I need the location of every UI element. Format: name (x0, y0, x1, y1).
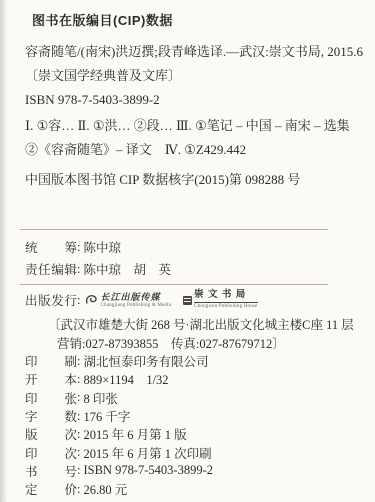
cip-isbn-line: ISBN 978-7-5403-3899-2 (25, 88, 360, 112)
copyright-page: 图书在版编目(CIP)数据 容斋随笔/(南宋)洪迈撰;段青峰选译.—武汉:崇文书… (0, 0, 375, 502)
edition-label: 版次 (25, 425, 77, 443)
wordcount-label: 字数 (25, 407, 77, 425)
impression-row: 印次:2015 年 6 月第 1 次印刷 (25, 443, 213, 461)
isbn-label: 书号 (25, 462, 77, 480)
divider-top (20, 229, 328, 230)
divider-bottom (20, 284, 328, 285)
printer-label: 印刷 (25, 352, 77, 370)
publisher-row: 出版发行: 长江出版传媒 Changjiang Publishing & Med… (25, 291, 258, 309)
cip-classification-line-1: Ⅰ. ①容… Ⅱ. ①洪… ②段… Ⅲ. ①笔记 – 中国 – 南宋 – 选集 (25, 114, 360, 138)
sheets-row: 印张:8 印张 (25, 389, 213, 407)
format-label: 开本 (25, 370, 77, 388)
wordcount-row: 字数:176 千字 (25, 407, 213, 425)
sheets-label: 印张 (25, 389, 77, 407)
responsible-editor-label: 责任编辑 (25, 260, 77, 278)
isbn-value: ISBN 978-7-5403-3899-2 (83, 463, 213, 478)
sheets-value: 8 印张 (83, 389, 117, 407)
publisher-address: 〔武汉市雄楚大街 268 号·湖北出版文化城主楼C座 11 层 (48, 315, 354, 333)
edition-row: 版次:2015 年 6 月第 1 版 (25, 425, 213, 443)
cip-block: 容斋随笔/(南宋)洪迈撰;段青峰选译.—武汉:崇文书局, 2015.6 〔崇文国… (25, 40, 360, 192)
responsible-editor-value: 陈中琼 胡 英 (83, 260, 171, 278)
price-row: 定价:26.80 元 (25, 480, 213, 498)
cip-registration-line: 中国版本图书馆 CIP 数据核字(2015)第 098288 号 (25, 168, 360, 192)
cip-classification-line-2: ②《容斋随笔》– 译文 Ⅳ. ①Z429.442 (25, 138, 360, 162)
chongwen-logo-text: 崇 文 书 局 (194, 291, 257, 303)
colon: : (77, 293, 83, 308)
printing-spec-block: 印刷:湖北恒泰印务有限公司 开本:889×1194 1/32 印张:8 印张 字… (25, 352, 213, 498)
changjiang-logo-text: 长江出版传媒 (100, 293, 171, 302)
edition-value: 2015 年 6 月第 1 版 (83, 425, 186, 443)
cip-bibliographic-line: 容斋随笔/(南宋)洪迈撰;段青峰选译.—武汉:崇文书局, 2015.6 (25, 40, 360, 64)
publisher-logos: 长江出版传媒 Changjiang Publishing & Media 崇 文… (85, 291, 257, 309)
chongwen-press-logo: 崇 文 书 局 Chongwen Publishing House (183, 291, 257, 309)
editors-block: 统筹:陈中琼 责任编辑:陈中琼 胡 英 (25, 236, 171, 280)
impression-value: 2015 年 6 月第 1 次印刷 (83, 444, 211, 462)
coordinator-value: 陈中琼 (83, 238, 121, 256)
changjiang-media-logo: 长江出版传媒 Changjiang Publishing & Media (85, 293, 171, 308)
scan-edge-shadow (0, 0, 7, 502)
wave-swirl-icon (85, 294, 98, 306)
isbn-row: 书号:ISBN 978-7-5403-3899-2 (25, 462, 213, 480)
seal-icon (183, 296, 192, 305)
format-row: 开本:889×1194 1/32 (25, 370, 213, 388)
printer-row: 印刷:湖北恒泰印务有限公司 (25, 352, 213, 370)
impression-label: 印次 (25, 444, 77, 462)
coordinator-row: 统筹:陈中琼 (25, 236, 171, 258)
price-label: 定价 (25, 480, 77, 498)
chongwen-logo-subtitle: Chongwen Publishing House (194, 304, 257, 309)
changjiang-logo-subtitle: Changjiang Publishing & Media (100, 303, 171, 308)
wordcount-value: 176 千字 (83, 407, 130, 425)
cip-series-line: 〔崇文国学经典普及文库〕 (25, 64, 360, 88)
publisher-contact: 营销:027-87393855 传真:027-87679712〕 (57, 334, 285, 352)
price-value: 26.80 元 (83, 480, 127, 498)
publisher-label: 出版发行 (25, 291, 77, 309)
printer-value: 湖北恒泰印务有限公司 (83, 352, 208, 370)
coordinator-label: 统筹 (25, 238, 77, 256)
format-value: 889×1194 1/32 (83, 370, 168, 388)
cip-title: 图书在版编目(CIP)数据 (32, 10, 173, 29)
responsible-editor-row: 责任编辑:陈中琼 胡 英 (25, 258, 171, 280)
